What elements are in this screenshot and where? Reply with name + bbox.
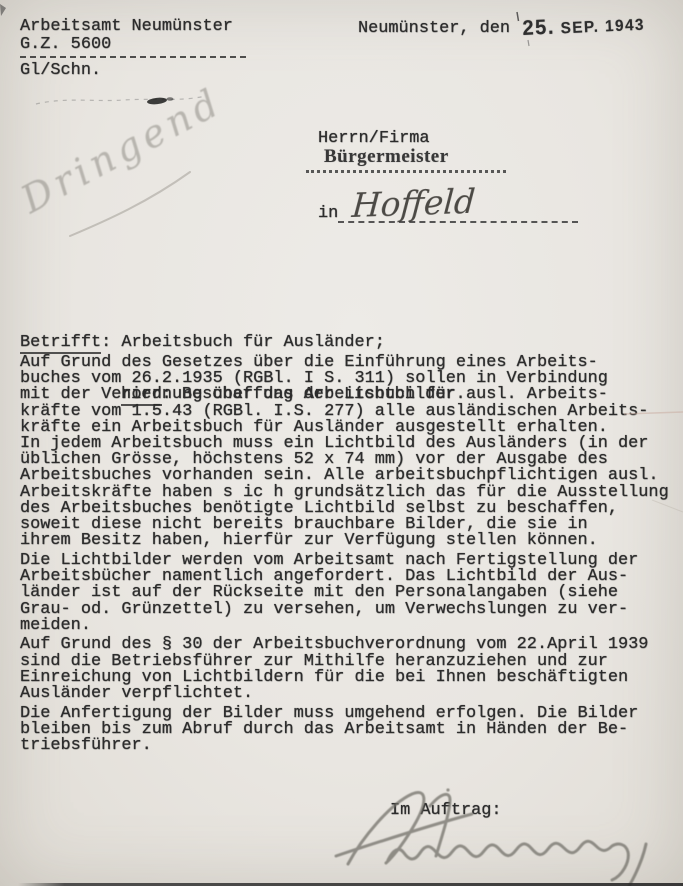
corner-ink-mark [0,4,6,16]
body-paragraph-3: Auf Grund des § 30 der Arbeitsbuchverord… [20,637,669,702]
date-stamp-month-year: SEP. 1943 [560,17,645,38]
closing-label: Im Auftrag: [390,803,502,819]
subject-label: Betrifft [20,333,101,354]
file-reference: G.Z. 5600 [20,35,111,54]
pencil-urgency-note: Dringend [14,79,230,222]
recipient-location-handwritten: Hoffeld [351,182,477,225]
date-stamp: 25. SEP. 1943 [522,12,645,41]
date-stamp-day: 25. [522,16,555,40]
subject-topic: Arbeitsbuch für Ausländer; [111,333,385,352]
clerk-initials: Gl/Schn. [20,63,101,79]
body-paragraph-1: Auf Grund des Gesetzes über die Einführu… [20,355,669,549]
subject-line-1: Betrifft: Arbeitsbuch für Ausländer; [20,333,466,352]
letter-page: Arbeitsamt Neumünster G.Z. 5600 Gl/Schn.… [0,0,683,886]
recipient-salutation: Herrn/Firma [318,131,430,147]
recipient-location-prefix: in [318,206,338,222]
subject-colon: : [101,333,111,352]
recipient-name-stamp: Bürgermeister [324,146,449,168]
letter-body: Auf Grund des Gesetzes über die Einführu… [20,355,669,758]
file-reference-line: G.Z. 5600 [20,37,246,58]
sender-office: Arbeitsamt Neumünster [20,19,233,35]
body-paragraph-2: Die Lichtbilder werden vom Arbeitsamt na… [20,553,669,634]
body-paragraph-4: Die Anfertigung der Bilder muss umgehend… [20,706,669,755]
dotted-fill-line [306,170,506,173]
place-date-label: Neumünster, den [358,21,510,37]
